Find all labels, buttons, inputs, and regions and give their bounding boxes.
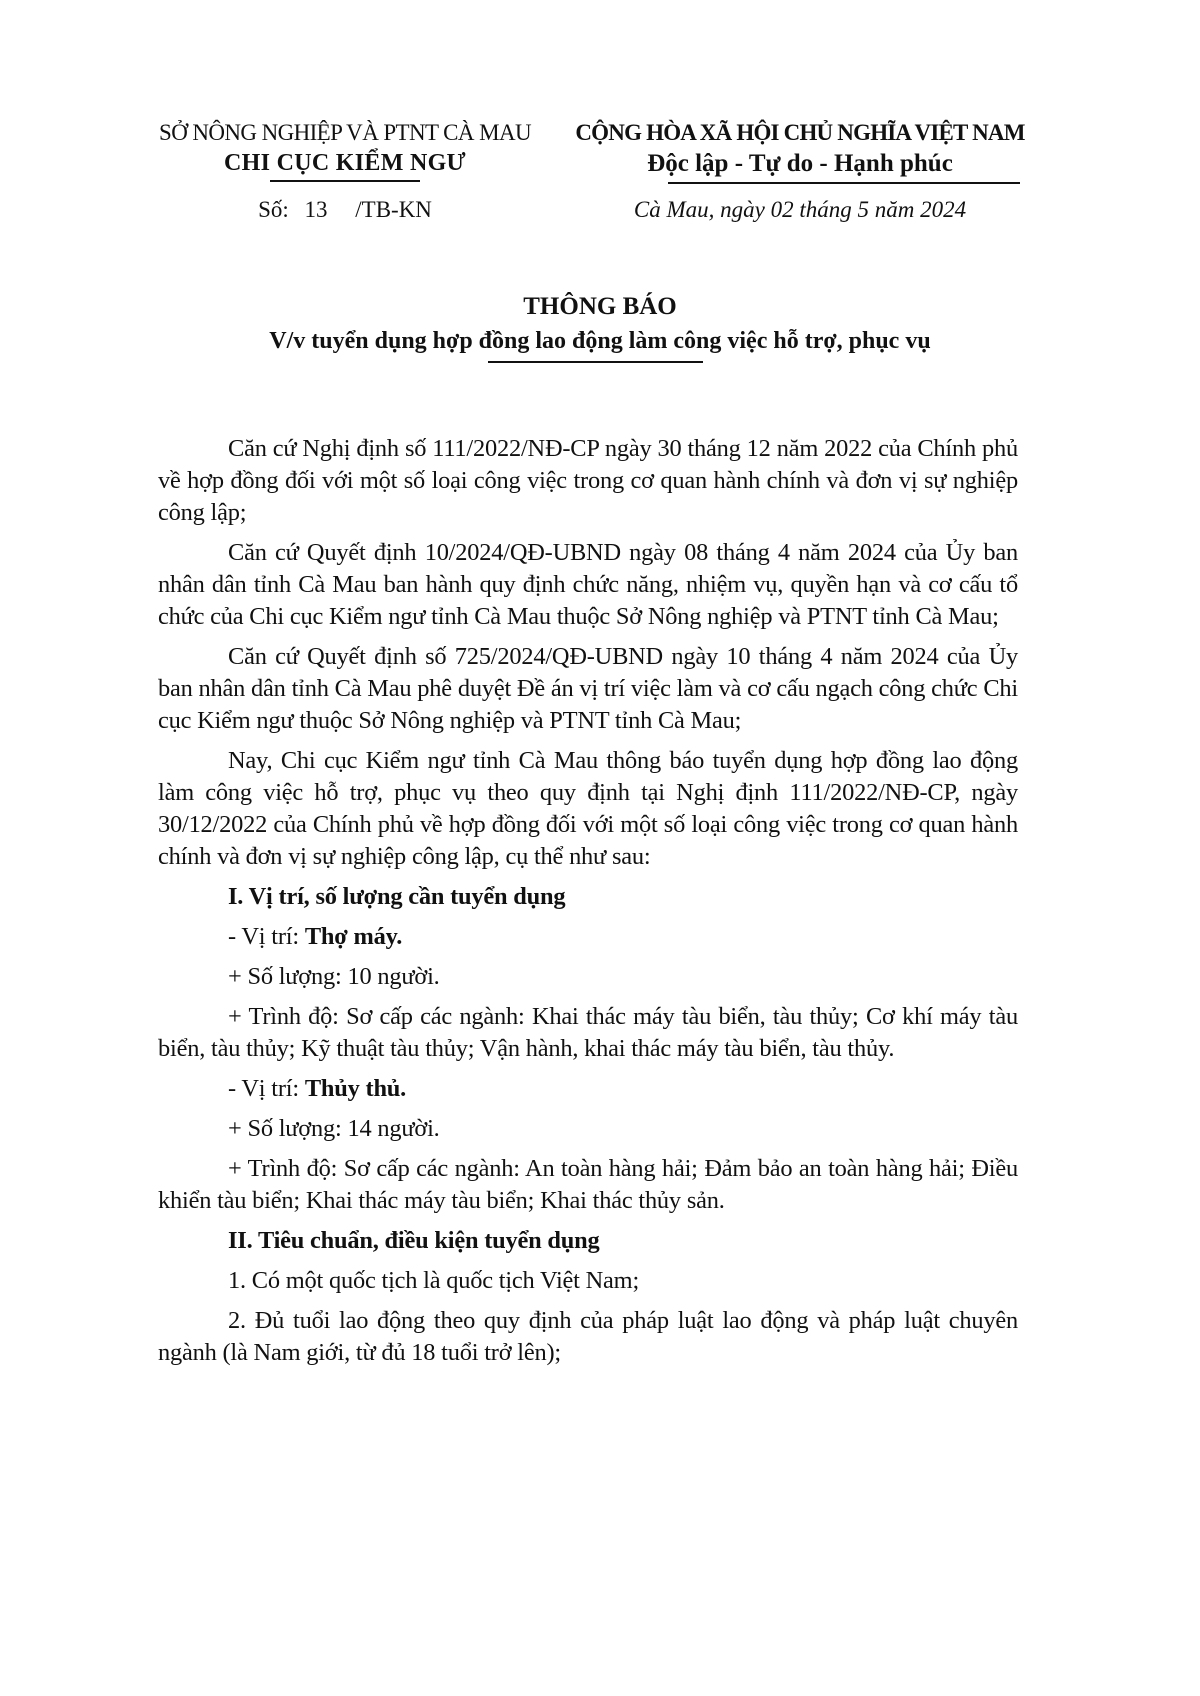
- criteria-item: 2. Đủ tuổi lao động theo quy định của ph…: [158, 1305, 1018, 1369]
- position-line: - Vị trí: Thợ máy.: [158, 921, 1018, 953]
- place-date: Cà Mau, ngày 02 tháng 5 năm 2024: [572, 197, 1028, 223]
- title-underline: [488, 361, 703, 363]
- criteria-item: 1. Có một quốc tịch là quốc tịch Việt Na…: [158, 1265, 1018, 1297]
- position-label: - Vị trí:: [228, 1075, 299, 1102]
- date-suffix: tháng 5 năm 2024: [799, 197, 966, 222]
- ref-suffix: /TB-KN: [355, 197, 432, 223]
- announcement-paragraph: Nay, Chi cục Kiểm ngư tỉnh Cà Mau thông …: [158, 745, 1018, 873]
- document-number: Số: 13 /TB-KN: [150, 197, 540, 223]
- position-name: Thủy thủ.: [305, 1075, 406, 1102]
- position-quantity: + Số lượng: 14 người.: [158, 1113, 1018, 1145]
- parent-agency: SỞ NÔNG NGHIỆP VÀ PTNT CÀ MAU: [150, 118, 540, 148]
- document-page: SỞ NÔNG NGHIỆP VÀ PTNT CÀ MAU CHI CỤC KI…: [0, 0, 1200, 1696]
- date-day: 02: [771, 197, 794, 222]
- unit-underline: [270, 180, 420, 182]
- ref-prefix: Số:: [258, 197, 289, 223]
- date-prefix: Cà Mau, ngày: [634, 197, 765, 222]
- issuing-unit: CHI CỤC KIỂM NGƯ: [150, 148, 540, 178]
- basis-paragraph: Căn cứ Quyết định 10/2024/QĐ-UBND ngày 0…: [158, 537, 1018, 633]
- position-name: Thợ máy.: [305, 923, 402, 950]
- position-line: - Vị trí: Thủy thủ.: [158, 1073, 1018, 1105]
- document-subject: V/v tuyển dụng hợp đồng lao động làm côn…: [0, 324, 1200, 358]
- national-header-block: CỘNG HÒA XÃ HỘI CHỦ NGHĨA VIỆT NAM Độc l…: [572, 118, 1028, 184]
- basis-paragraph: Căn cứ Quyết định số 725/2024/QĐ-UBND ng…: [158, 641, 1018, 737]
- position-qualification: + Trình độ: Sơ cấp các ngành: An toàn hà…: [158, 1153, 1018, 1217]
- document-title-block: THÔNG BÁO V/v tuyển dụng hợp đồng lao độ…: [0, 290, 1200, 363]
- section-heading: II. Tiêu chuẩn, điều kiện tuyển dụng: [158, 1225, 1018, 1257]
- national-title: CỘNG HÒA XÃ HỘI CHỦ NGHĨA VIỆT NAM: [572, 118, 1028, 148]
- position-label: - Vị trí:: [228, 923, 299, 950]
- position-quantity: + Số lượng: 10 người.: [158, 961, 1018, 993]
- section-heading: I. Vị trí, số lượng cần tuyển dụng: [158, 881, 1018, 913]
- basis-paragraph: Căn cứ Nghị định số 111/2022/NĐ-CP ngày …: [158, 433, 1018, 529]
- document-body: Căn cứ Nghị định số 111/2022/NĐ-CP ngày …: [158, 433, 1018, 1377]
- national-motto: Độc lập - Tự do - Hạnh phúc: [572, 148, 1028, 180]
- motto-underline: [668, 182, 1020, 184]
- position-qualification: + Trình độ: Sơ cấp các ngành: Khai thác …: [158, 1001, 1018, 1065]
- issuing-agency-block: SỞ NÔNG NGHIỆP VÀ PTNT CÀ MAU CHI CỤC KI…: [150, 118, 540, 182]
- document-type: THÔNG BÁO: [0, 290, 1200, 324]
- ref-number: 13: [305, 197, 328, 223]
